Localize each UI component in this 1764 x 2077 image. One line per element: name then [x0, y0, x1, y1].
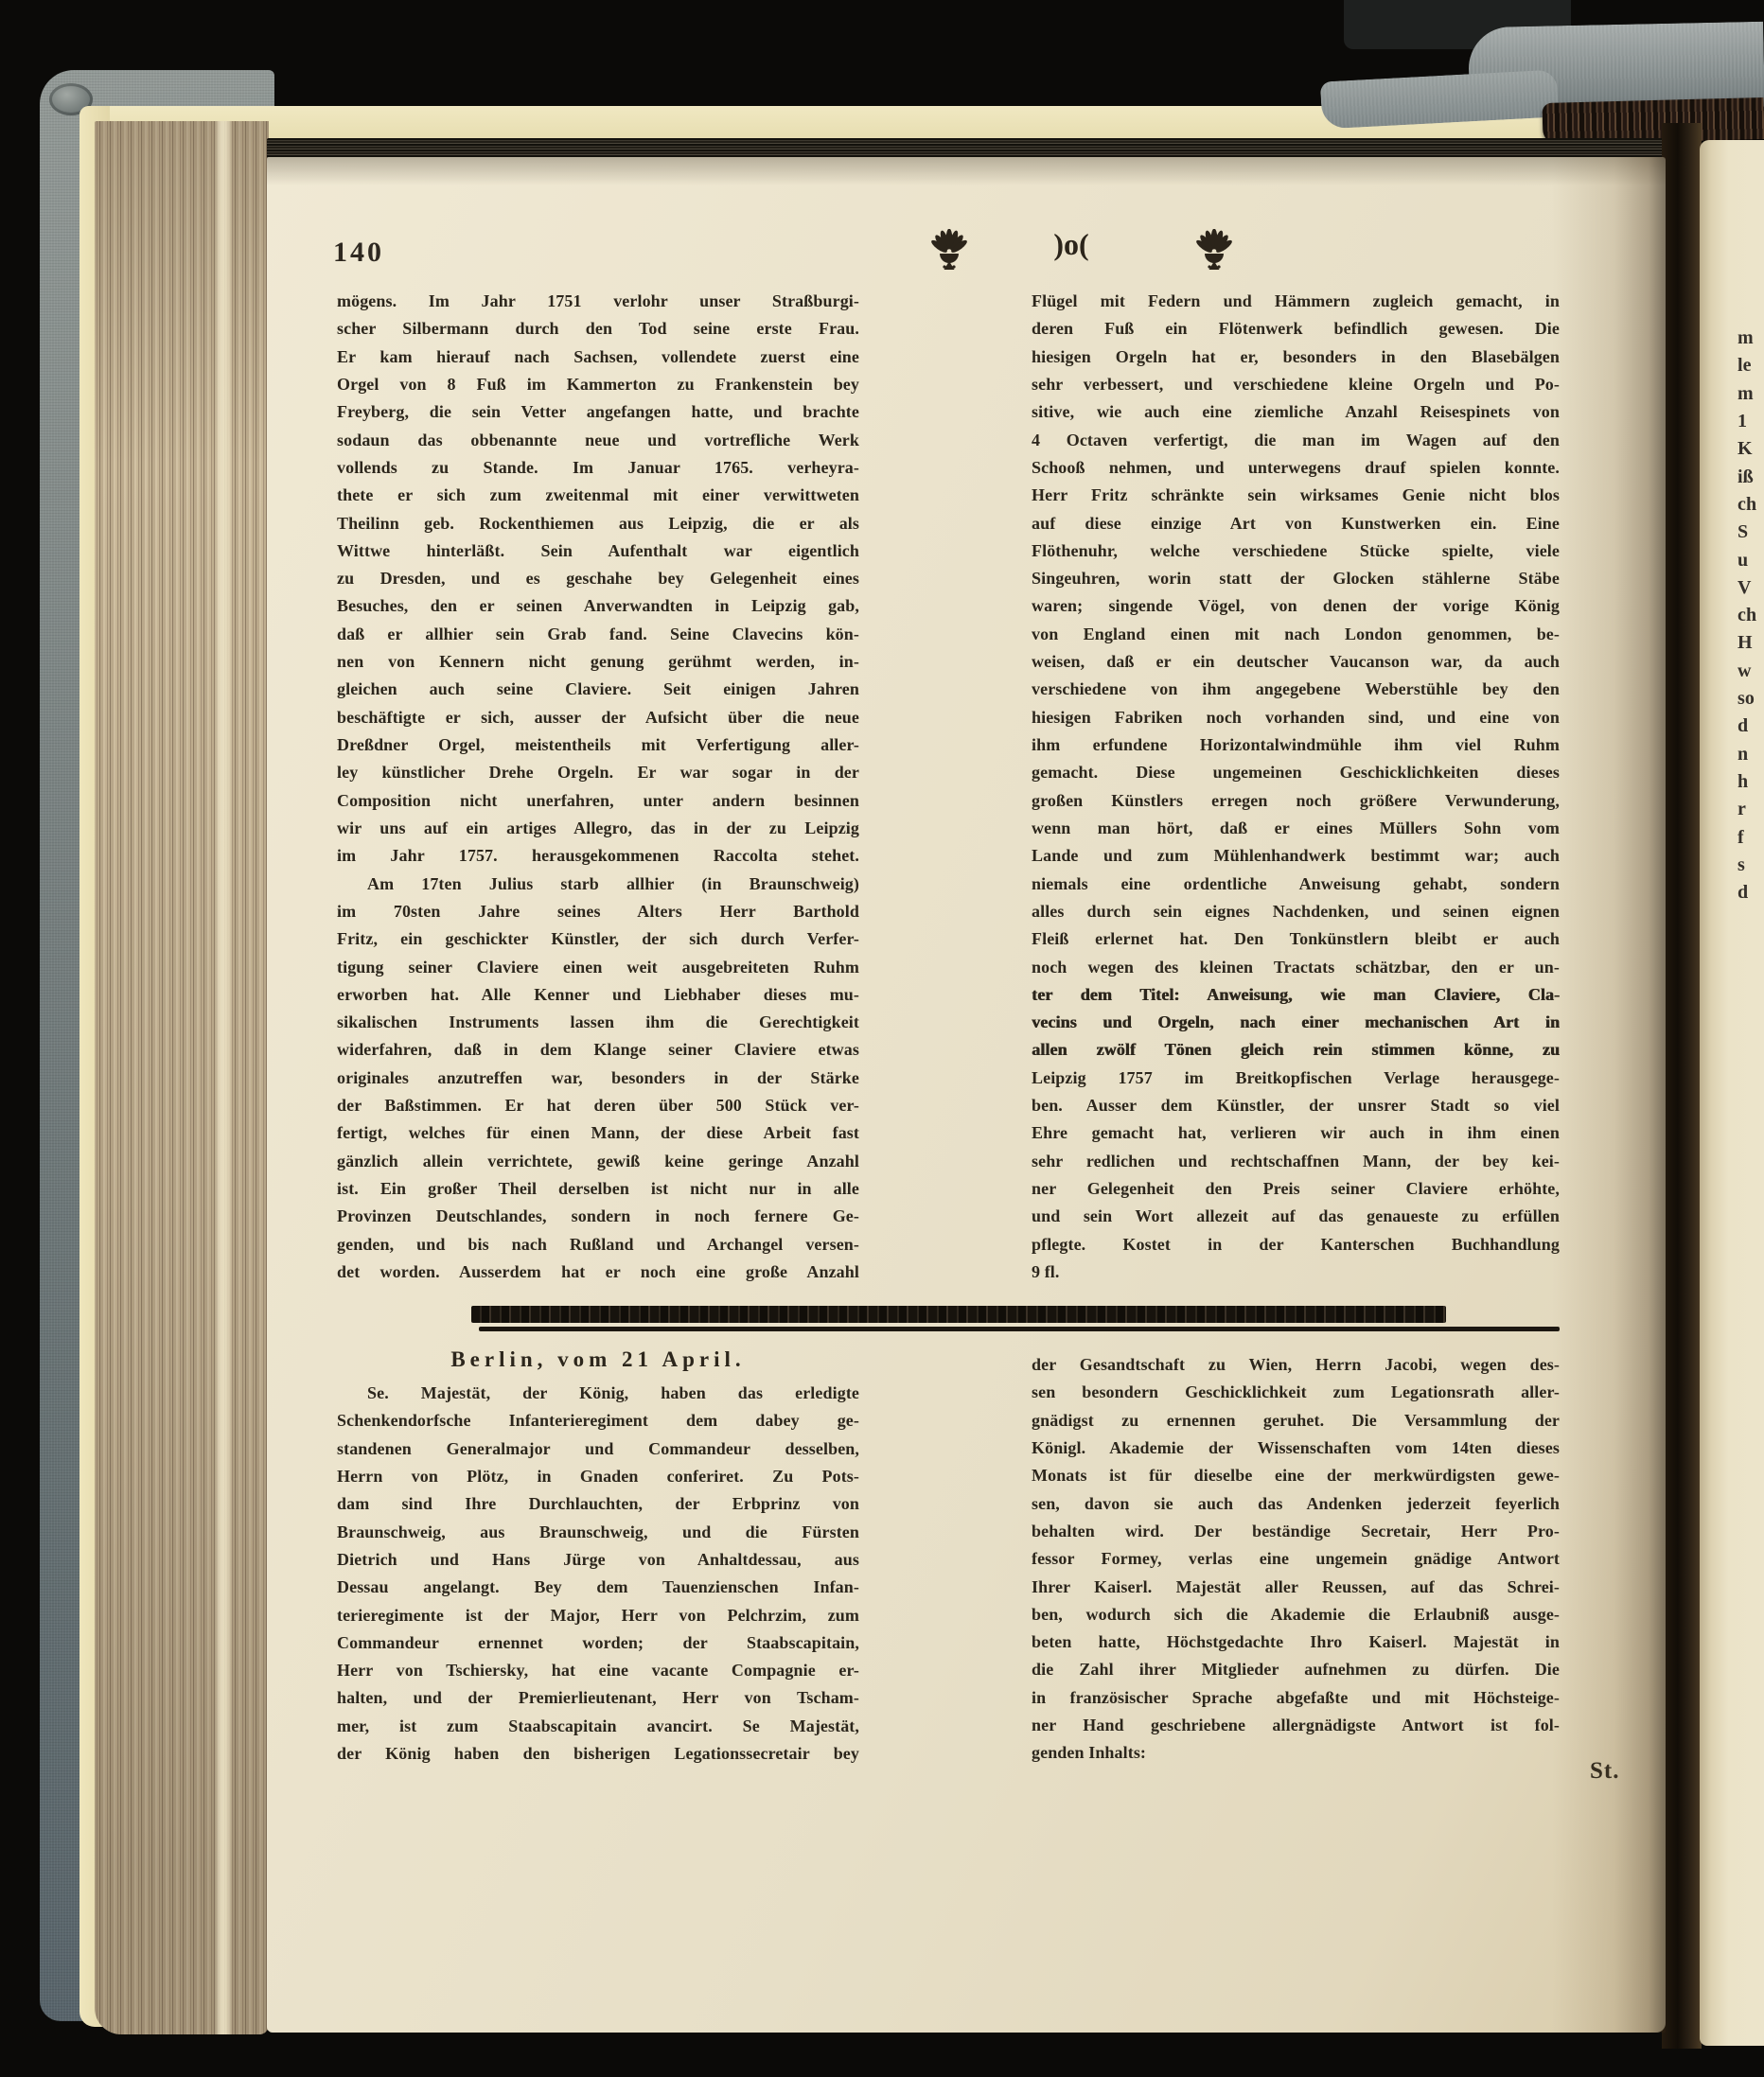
text-line: vecins und Orgeln, nach einer mechanisch… [1032, 1009, 1560, 1036]
text-line: sen, davon sie auch das Andenken jederze… [1032, 1490, 1560, 1518]
text-line: Herr von Tschiersky, hat eine vacante Co… [337, 1657, 859, 1684]
text-line: Dreßdner Orgel, meistentheils mit Verfer… [337, 731, 859, 759]
text-line: h [1738, 768, 1764, 796]
text-line: mer, ist zum Staabscapitain avancirt. Se… [337, 1713, 859, 1740]
text-line: Leipzig 1757 im Breitkopfischen Verlage … [1032, 1065, 1560, 1092]
next-page-text-fragments: mlem1KißchSuVchHwsodnhrfsd [1738, 325, 1764, 907]
text-line: Besuches, den er seinen Anverwandten in … [337, 592, 859, 620]
text-line: ter dem Titel: Anweisung, wie man Clavie… [1032, 981, 1560, 1009]
text-line: K [1738, 435, 1764, 463]
text-line: mögens. Im Jahr 1751 verlohr unser Straß… [337, 288, 859, 315]
text-line: daß er allhier sein Grab fand. Seine Cla… [337, 621, 859, 648]
text-line: beten hatte, Höchstgedachte Ihro Kaiserl… [1032, 1628, 1560, 1656]
text-line: sodaun das obbenannte neue und vortrefli… [337, 427, 859, 454]
text-line: zu Dresden, und es geschahe bey Gelegenh… [337, 565, 859, 592]
text-line: Braunschweig, aus Braunschweig, und die … [337, 1519, 859, 1546]
text-line: großen Künstlers erregen noch größere Ve… [1032, 787, 1560, 815]
text-line: gleichen auch seine Claviere. Seit einig… [337, 676, 859, 703]
shell-ornament-icon [1192, 229, 1236, 274]
text-line: hiesigen Fabriken noch vorhanden sind, u… [1032, 704, 1560, 731]
text-line: le [1738, 352, 1764, 379]
text-line: scher Silbermann durch den Tod seine ers… [337, 315, 859, 343]
text-line: iß [1738, 464, 1764, 491]
fritz-article-right-column: Flügel mit Federn und Hämmern zugleich g… [1032, 288, 1560, 1286]
text-line: Er kam hierauf nach Sachsen, vollendete … [337, 343, 859, 371]
text-line: auf diese einzige Art von Kunstwerken ei… [1032, 510, 1560, 537]
text-line: Wittwe hinterläßt. Sein Aufenthalt war e… [337, 537, 859, 565]
berlin-section-heading: Berlin, vom 21 April. [337, 1347, 859, 1372]
text-line: so [1738, 685, 1764, 713]
text-line: Composition nicht unerfahren, unter ande… [337, 787, 859, 815]
text-line: von England einen mit nach London genomm… [1032, 621, 1560, 648]
text-line: Fritz, ein geschickter Künstler, der sic… [337, 925, 859, 953]
text-line: sehr redlichen und rechtschaffnen Mann, … [1032, 1148, 1560, 1175]
text-line: und sein Wort allezeit auf das genaueste… [1032, 1203, 1560, 1230]
text-line: sitive, wie auch eine ziemliche Anzahl R… [1032, 398, 1560, 426]
text-line: Flügel mit Federn und Hämmern zugleich g… [1032, 288, 1560, 315]
text-line: Dietrich und Hans Jürge von Anhaltdessau… [337, 1546, 859, 1574]
text-line: f [1738, 824, 1764, 852]
text-line: m [1738, 380, 1764, 408]
text-line: gemacht. Diese ungemeinen Geschicklichke… [1032, 759, 1560, 786]
text-line: halten, und der Premierlieutenant, Herr … [337, 1684, 859, 1712]
text-line: Ehre gemacht hat, verlieren wir auch in … [1032, 1119, 1560, 1147]
text-line: pflegte. Kostet in der Kanterschen Buchh… [1032, 1231, 1560, 1259]
text-line: der König haben den bisherigen Legations… [337, 1740, 859, 1768]
shell-ornament-icon [927, 229, 971, 274]
gutter-shading [1552, 157, 1666, 2033]
text-line: Lande und zum Mühlenhandwerk bestimmt wa… [1032, 842, 1560, 870]
text-line: der Gesandtschaft zu Wien, Herrn Jacobi,… [1032, 1351, 1560, 1379]
text-line: n [1738, 741, 1764, 768]
text-line: m [1738, 325, 1764, 352]
text-line: Am 17ten Julius starb allhier (in Brauns… [337, 871, 859, 898]
text-line: Königl. Akademie der Wissenschaften vom … [1032, 1435, 1560, 1462]
text-line: gnädigst zu ernennen geruhet. Die Versam… [1032, 1407, 1560, 1435]
text-line: Singeuhren, worin statt der Glocken stäh… [1032, 565, 1560, 592]
berlin-right-column: der Gesandtschaft zu Wien, Herrn Jacobi,… [1032, 1351, 1560, 1768]
text-line: d [1738, 713, 1764, 740]
text-line: vollends zu Stande. Im Januar 1765. verh… [337, 454, 859, 482]
text-line: Freyberg, die sein Vetter angefangen hat… [337, 398, 859, 426]
text-line: thete er sich zum zweitenmal mit einer v… [337, 482, 859, 509]
text-line: V [1738, 574, 1764, 602]
text-line: fertigt, welches für einen Mann, der die… [337, 1119, 859, 1147]
text-line: der Baßstimmen. Er hat deren über 500 St… [337, 1092, 859, 1119]
text-line: Herr Fritz schränkte sein wirksames Geni… [1032, 482, 1560, 509]
text-line: det worden. Ausserdem hat er noch eine g… [337, 1259, 859, 1286]
page-number: 140 [333, 237, 384, 269]
text-line: ley künstlicher Drehe Orgeln. Er war sog… [337, 759, 859, 786]
text-line: erworben hat. Alle Kenner und Liebhaber … [337, 981, 859, 1009]
text-line: Theilinn geb. Rockenthiemen aus Leipzig,… [337, 510, 859, 537]
text-line: tigung seiner Claviere einen weit ausgeb… [337, 954, 859, 981]
printer-mark: )o( [1043, 227, 1100, 262]
text-line: 4 Octaven verfertigt, die man im Wagen a… [1032, 427, 1560, 454]
text-line: standenen Generalmajor und Commandeur de… [337, 1435, 859, 1463]
text-line: wir uns auf ein artiges Allegro, das in … [337, 815, 859, 842]
text-line: Provinzen Deutschlandes, sondern in noch… [337, 1203, 859, 1230]
text-line: niemals eine ordentliche Anweisung gehab… [1032, 871, 1560, 898]
text-line: terieregimente ist der Major, Herr von P… [337, 1602, 859, 1629]
text-line: waren; singende Vögel, von denen der vor… [1032, 592, 1560, 620]
berlin-left-column: Se. Majestät, der König, haben das erled… [337, 1380, 859, 1768]
fritz-article-left-column: mögens. Im Jahr 1751 verlohr unser Straß… [337, 288, 859, 1286]
text-line: Dessau angelangt. Bey dem Tauenzienschen… [337, 1574, 859, 1601]
text-line: verschiedene von ihm angegebene Weberstü… [1032, 676, 1560, 703]
text-line: allen zwölf Tönen gleich rein stimmen kö… [1032, 1036, 1560, 1064]
text-line: ch [1738, 491, 1764, 519]
text-line: alles durch sein eignes Nachdenken, und … [1032, 898, 1560, 925]
section-divider-bar [471, 1306, 1446, 1323]
text-line: Flöthenuhr, welche verschiedene Stücke s… [1032, 537, 1560, 565]
text-line: Herrn von Plötz, in Gnaden conferiret. Z… [337, 1463, 859, 1490]
page-top-edge [267, 138, 1666, 159]
text-line: genden Inhalts: [1032, 1739, 1560, 1767]
shell-ornament-icon [1192, 229, 1236, 274]
text-line: hiesigen Orgeln hat er, besonders in den… [1032, 343, 1560, 371]
text-line: ch [1738, 602, 1764, 629]
text-line: gänzlich allein verrichtete, gewiß keine… [337, 1148, 859, 1175]
text-line: Commandeur ernennet worden; der Staabsca… [337, 1629, 859, 1657]
text-line: ihm erfundene Horizontalwindmühle ihm vi… [1032, 731, 1560, 759]
text-line: ben, wodurch sich die Akademie die Erlau… [1032, 1601, 1560, 1628]
text-line: 1 [1738, 408, 1764, 435]
text-line: Schenkendorfsche Infanterieregiment dem … [337, 1407, 859, 1435]
text-line: S [1738, 519, 1764, 546]
text-line: nen von Kennern nicht genung gerühmt wer… [337, 648, 859, 676]
text-line: weisen, daß er ein deutscher Vaucanson w… [1032, 648, 1560, 676]
text-line: sen besondern Geschicklichkeit zum Legat… [1032, 1379, 1560, 1406]
text-line: die Zahl ihrer Mitglieder aufnehmen zu d… [1032, 1656, 1560, 1683]
text-line: sehr verbessert, und verschiedene kleine… [1032, 371, 1560, 398]
gutter-shadow [1662, 123, 1702, 2049]
text-line: genden, und bis nach Rußland und Archang… [337, 1231, 859, 1259]
text-line: noch wegen des kleinen Tractats schätzba… [1032, 954, 1560, 981]
text-line: Monats ist für dieselbe eine der merkwür… [1032, 1462, 1560, 1489]
text-line: ist. Ein großer Theil derselben ist nich… [337, 1175, 859, 1203]
text-line: u [1738, 547, 1764, 574]
text-line: im Jahr 1757. herausgekommenen Raccolta … [337, 842, 859, 870]
text-line: sikalischen Instruments lassen ihm die G… [337, 1009, 859, 1036]
text-line: widerfahren, daß in dem Klange seiner Cl… [337, 1036, 859, 1064]
shell-ornament-icon [927, 229, 971, 274]
text-line: Schooß nehmen, und unterwegens drauf spi… [1032, 454, 1560, 482]
text-line: d [1738, 879, 1764, 906]
section-divider-rule [479, 1327, 1560, 1331]
main-page: 140 )o( [267, 157, 1666, 2033]
text-line: in französischer Sprache abgefaßte und m… [1032, 1684, 1560, 1712]
text-line: Orgel von 8 Fuß im Kammerton zu Frankens… [337, 371, 859, 398]
text-line: Fleiß erlernet hat. Den Tonkünstlern ble… [1032, 925, 1560, 953]
text-line: Ihrer Kaiserl. Majestät aller Reussen, a… [1032, 1574, 1560, 1601]
page-stack-shading [95, 121, 269, 2034]
text-line: wenn man hört, daß er eines Müllers Sohn… [1032, 815, 1560, 842]
text-line: im 70sten Jahre seines Alters Herr Barth… [337, 898, 859, 925]
text-line: behalten wird. Der beständige Secretair,… [1032, 1518, 1560, 1545]
page-top-shading [267, 157, 1666, 185]
text-line: ben. Ausser dem Künstler, der unsrer Sta… [1032, 1092, 1560, 1119]
text-line: w [1738, 658, 1764, 685]
text-line: s [1738, 852, 1764, 879]
text-line: deren Fuß ein Flötenwerk befindlich gewe… [1032, 315, 1560, 343]
text-line: r [1738, 796, 1764, 823]
text-line: originales anzutreffen war, besonders in… [337, 1065, 859, 1092]
text-line: ner Hand geschriebene allergnädigste Ant… [1032, 1712, 1560, 1739]
text-line: dam sind Ihre Durchlauchten, der Erbprin… [337, 1490, 859, 1518]
text-line: Se. Majestät, der König, haben das erled… [337, 1380, 859, 1407]
text-line: ner Gelegenheit den Preis seiner Clavier… [1032, 1175, 1560, 1203]
text-line: fessor Formey, verlas eine ungemein gnäd… [1032, 1545, 1560, 1573]
page-stack-light-band [214, 121, 233, 2034]
text-line: 9 fl. [1032, 1259, 1560, 1286]
text-line: beschäftigte er sich, ausser der Aufsich… [337, 704, 859, 731]
text-line: H [1738, 629, 1764, 657]
book-scan: { "page_number": "140", "ornaments": { "… [0, 0, 1764, 2077]
